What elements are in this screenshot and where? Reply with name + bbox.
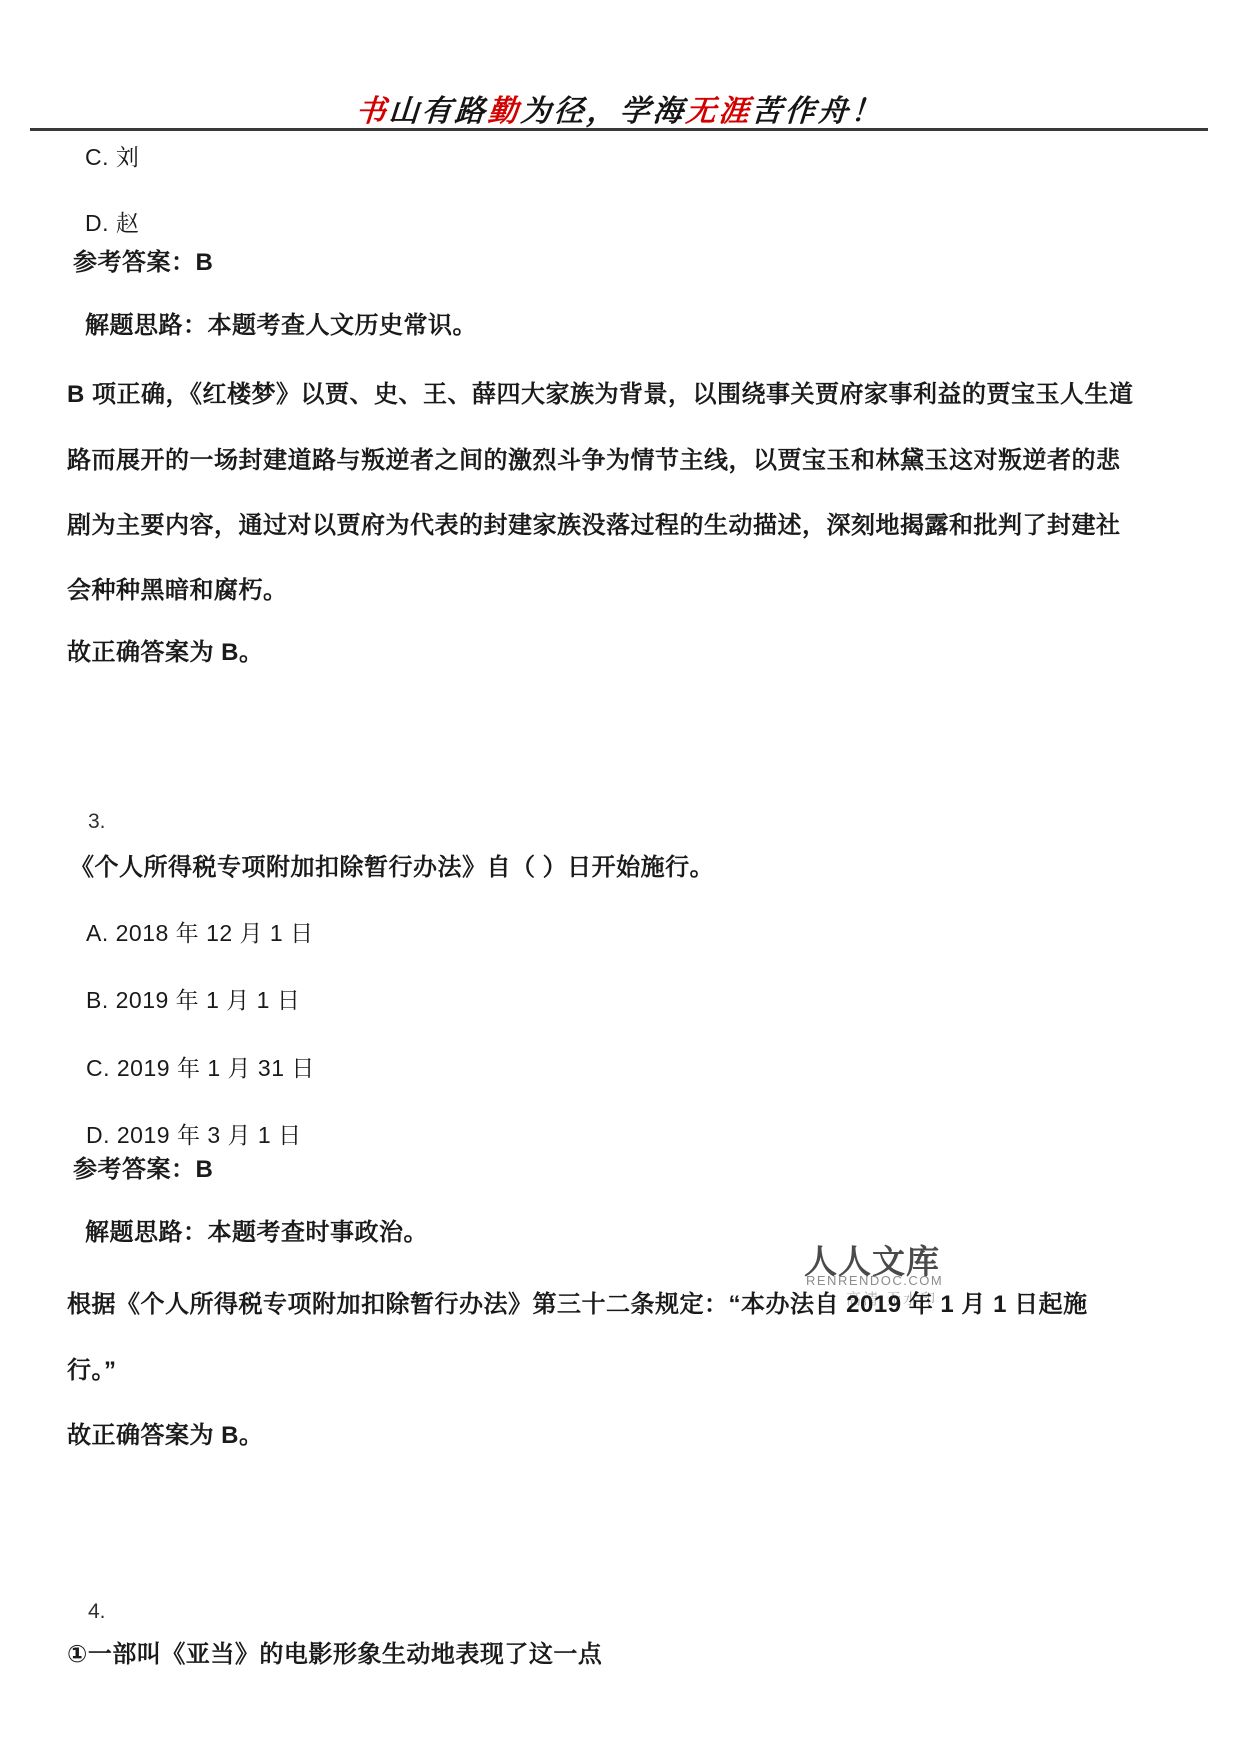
q2-option-d: D. 赵 [85, 205, 139, 238]
motto-segment: 苦作舟！ [751, 94, 885, 129]
q3-option-d: D. 2019 年 3 月 1 日 [86, 1117, 302, 1150]
motto-segment: 勤 [487, 94, 522, 129]
q2-analysis-line: 剧为主要内容，通过对以贾府为代表的封建家族没落过程的生动描述，深刻地揭露和批判了… [67, 505, 1121, 540]
q3-option-b: B. 2019 年 1 月 1 日 [86, 982, 300, 1015]
q4-statement-1: ①一部叫《亚当》的电影形象生动地表现了这一点 [67, 1634, 602, 1669]
q2-option-c: C. 刘 [85, 139, 139, 172]
q2-analysis-line: 路而展开的一场封建道路与叛逆者之间的激烈斗争为情节主线，以贾宝玉和林黛玉这对叛逆… [67, 440, 1121, 475]
motto-segment: 为径，学海 [520, 94, 687, 129]
document-page: 书山有路勤为径，学海无涯苦作舟！ C. 刘 D. 赵 参考答案：B 解题思路：本… [0, 0, 1240, 1753]
q3-analysis-line: 行。” [67, 1350, 117, 1385]
header-divider [30, 128, 1208, 131]
q2-analysis-intro: 解题思路：本题考查人文历史常识。 [85, 305, 477, 340]
q4-number: 4. [88, 1600, 106, 1624]
q2-conclusion: 故正确答案为 B。 [67, 632, 264, 667]
q3-option-c: C. 2019 年 1 月 31 日 [86, 1050, 315, 1083]
motto-segment: 无涯 [685, 94, 753, 129]
motto-segment: 书 [355, 94, 390, 129]
q3-answer-label: 参考答案：B [73, 1149, 213, 1184]
header-motto: 书山有路勤为径，学海无涯苦作舟！ [0, 86, 1240, 130]
q3-analysis-intro: 解题思路：本题考查时事政治。 [85, 1212, 428, 1247]
q3-option-a: A. 2018 年 12 月 1 日 [86, 915, 314, 948]
q2-analysis-line: 会种种黑暗和腐朽。 [67, 570, 288, 605]
q3-stem: 《个人所得税专项附加扣除暂行办法》自（ ）日开始施行。 [70, 847, 714, 882]
q2-answer-label: 参考答案：B [73, 242, 213, 277]
q3-number: 3. [88, 810, 106, 834]
q3-conclusion: 故正确答案为 B。 [67, 1415, 264, 1450]
q3-analysis-line: 根据《个人所得税专项附加扣除暂行办法》第三十二条规定：“本办法自 2019 年 … [67, 1284, 1088, 1319]
q2-analysis-line: B 项正确，《红楼梦》以贾、史、王、薛四大家族为背景，以围绕事关贾府家事利益的贾… [67, 374, 1134, 409]
motto-segment: 山有路 [388, 94, 489, 129]
